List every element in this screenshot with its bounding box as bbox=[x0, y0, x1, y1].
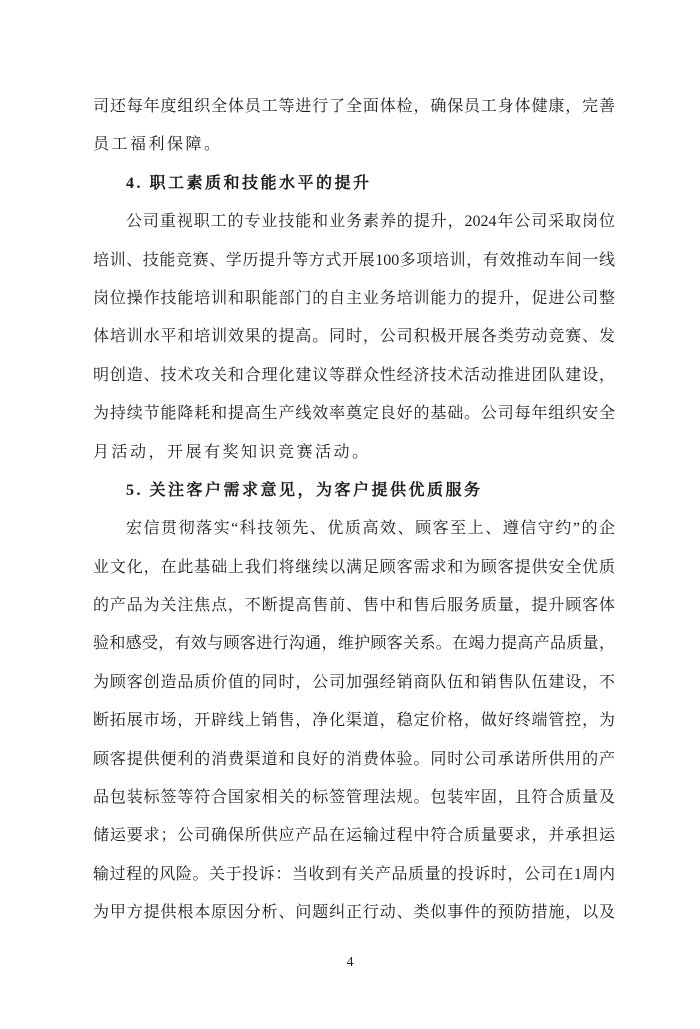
section-heading: 5. 关注客户需求意见，为客户提供优质服务 bbox=[93, 472, 615, 510]
page-number: 4 bbox=[0, 953, 700, 973]
text-line: 月活动，开展有奖知识竞赛活动。 bbox=[93, 434, 615, 472]
text-line: 输过程的风险。关于投诉：当收到有关产品质量的投诉时，公司在1周内 bbox=[93, 856, 615, 894]
document-page: 司还每年度组织全体员工等进行了全面体检，确保员工身体健康，完善员工福利保障。4.… bbox=[0, 0, 700, 1029]
text-line: 明创造、技术攻关和合理化建议等群众性经济技术活动推进团队建设， bbox=[93, 357, 615, 395]
text-line: 业文化，在此基础上我们将继续以满足顾客需求和为顾客提供安全优质 bbox=[93, 549, 615, 587]
text-line: 验和感受，有效与顾客进行沟通，维护顾客关系。在竭力提高产品质量， bbox=[93, 625, 615, 663]
text-line: 断拓展市场，开辟线上销售，净化渠道，稳定价格，做好终端管控，为 bbox=[93, 702, 615, 740]
text-line: 体培训水平和培训效果的提高。同时，公司积极开展各类劳动竞赛、发 bbox=[93, 318, 615, 356]
text-line: 公司重视职工的专业技能和业务素养的提升，2024年公司采取岗位 bbox=[93, 203, 615, 241]
text-line: 培训、技能竞赛、学历提升等方式开展100多项培训，有效推动车间一线 bbox=[93, 242, 615, 280]
text-block: 司还每年度组织全体员工等进行了全面体检，确保员工身体健康，完善员工福利保障。4.… bbox=[93, 88, 615, 933]
text-line: 的产品为关注焦点，不断提高售前、售中和售后服务质量，提升顾客体 bbox=[93, 587, 615, 625]
text-line: 品包装标签等符合国家相关的标签管理法规。包装牢固，且符合质量及 bbox=[93, 779, 615, 817]
text-line: 为顾客创造品质价值的同时，公司加强经销商队伍和销售队伍建设，不 bbox=[93, 664, 615, 702]
text-line: 岗位操作技能培训和职能部门的自主业务培训能力的提升，促进公司整 bbox=[93, 280, 615, 318]
text-line: 为持续节能降耗和提高生产线效率奠定良好的基础。公司每年组织安全 bbox=[93, 395, 615, 433]
text-line: 员工福利保障。 bbox=[93, 126, 615, 164]
text-line: 为甲方提供根本原因分析、问题纠正行动、类似事件的预防措施，以及 bbox=[93, 894, 615, 932]
text-line: 顾客提供便利的消费渠道和良好的消费体验。同时公司承诺所供用的产 bbox=[93, 741, 615, 779]
text-line: 宏信贯彻落实“科技领先、优质高效、顾客至上、遵信守约”的企 bbox=[93, 510, 615, 548]
text-line: 司还每年度组织全体员工等进行了全面体检，确保员工身体健康，完善 bbox=[93, 88, 615, 126]
text-line: 储运要求；公司确保所供应产品在运输过程中符合质量要求，并承担运 bbox=[93, 817, 615, 855]
section-heading: 4. 职工素质和技能水平的提升 bbox=[93, 165, 615, 203]
